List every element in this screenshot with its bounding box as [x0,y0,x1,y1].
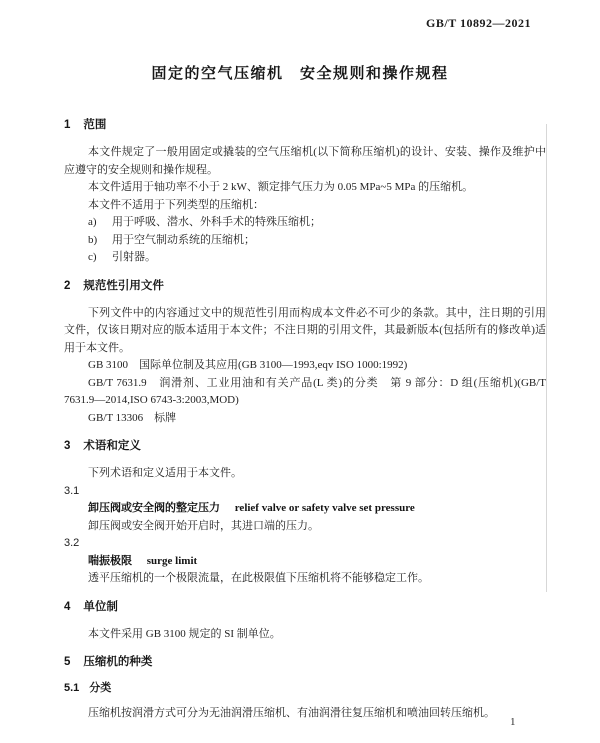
section-2-title: 规范性引用文件 [83,279,164,294]
section-3-number: 3 [64,439,70,454]
list-item-c: c) 引射器。 [88,249,546,267]
section-1-paragraph-1: 本文件规定了一般用固定或撬装的空气压缩机(以下简称压缩机)的设计、安装、操作及维… [64,144,546,179]
section-3-title: 术语和定义 [83,439,141,454]
document-title: 固定的空气压缩机 安全规则和操作规程 [0,62,600,83]
section-5-heading: 5 压缩机的种类 [64,655,546,670]
section-5-1-title: 分类 [89,681,111,695]
section-2-paragraph-1: 下列文件中的内容通过文中的规范性引用而构成本文件必不可少的条款。其中，注日期的引… [64,305,546,358]
page-number: 1 [510,716,516,728]
term-3-1-number: 3.1 [64,483,546,501]
list-item-a-text: 用于呼吸、潜水、外科手术的特殊压缩机； [112,214,321,232]
term-3-1-title-en: relief valve or safety valve set pressur… [235,502,415,514]
scan-edge-line [546,124,547,592]
term-3-1-title: 卸压阀或安全阀的整定压力 relief valve or safety valv… [88,500,546,518]
section-4-paragraph-1: 本文件采用 GB 3100 规定的 SI 制单位。 [64,626,546,644]
section-1-paragraph-2: 本文件适用于轴功率不小于 2 kW、额定排气压力为 0.05 MPa~5 MPa… [64,179,546,197]
list-item-a: a) 用于呼吸、潜水、外科手术的特殊压缩机； [88,214,546,232]
reference-gbt7631: GB/T 7631.9 润滑剂、工业用油和有关产品(L 类)的分类 第 9 部分… [64,375,546,410]
term-3-1-title-cn: 卸压阀或安全阀的整定压力 [88,502,220,514]
term-3-2-definition: 透平压缩机的一个极限流量，在此极限值下压缩机将不能够稳定工作。 [88,570,546,588]
standard-code: GB/T 10892—2021 [426,16,531,31]
section-1-heading: 1 范围 [64,118,546,133]
term-3-2-title-cn: 喘振极限 [88,555,132,567]
section-1-paragraph-3: 本文件不适用于下列类型的压缩机： [64,197,546,215]
section-5-title: 压缩机的种类 [83,655,152,670]
list-item-b-text: 用于空气制动系统的压缩机； [112,232,255,250]
list-item-c-label: c) [88,249,112,267]
section-5-1-heading: 5.1 分类 [64,681,546,695]
section-2-number: 2 [64,279,70,294]
page-content: 1 范围 本文件规定了一般用固定或撬装的空气压缩机(以下简称压缩机)的设计、安装… [64,108,546,723]
section-5-number: 5 [64,655,70,670]
section-3-heading: 3 术语和定义 [64,439,546,454]
section-5-paragraph-1: 压缩机按润滑方式可分为无油润滑压缩机、有油润滑往复压缩机和喷油回转压缩机。 [64,705,546,723]
term-3-2-title: 喘振极限 surge limit [88,553,546,571]
section-3-paragraph-1: 下列术语和定义适用于本文件。 [64,465,546,483]
term-3-1-definition: 卸压阀或安全阀开始开启时，其进口端的压力。 [88,518,546,536]
section-1-number: 1 [64,118,70,133]
section-4-number: 4 [64,600,70,615]
term-3-2-title-en: surge limit [147,555,197,567]
reference-gbt13306: GB/T 13306 标牌 [64,410,546,428]
section-2-heading: 2 规范性引用文件 [64,279,546,294]
reference-gb3100: GB 3100 国际单位制及其应用(GB 3100—1993,eqv ISO 1… [64,357,546,375]
list-item-b-label: b) [88,232,112,250]
list-item-c-text: 引射器。 [112,249,156,267]
term-3-2-number: 3.2 [64,535,546,553]
section-1-title: 范围 [83,118,106,133]
document-page: GB/T 10892—2021 固定的空气压缩机 安全规则和操作规程 1 范围 … [0,0,600,743]
list-item-a-label: a) [88,214,112,232]
section-4-title: 单位制 [83,600,118,615]
section-4-heading: 4 单位制 [64,600,546,615]
list-item-b: b) 用于空气制动系统的压缩机； [88,232,546,250]
section-5-1-number: 5.1 [64,681,79,695]
